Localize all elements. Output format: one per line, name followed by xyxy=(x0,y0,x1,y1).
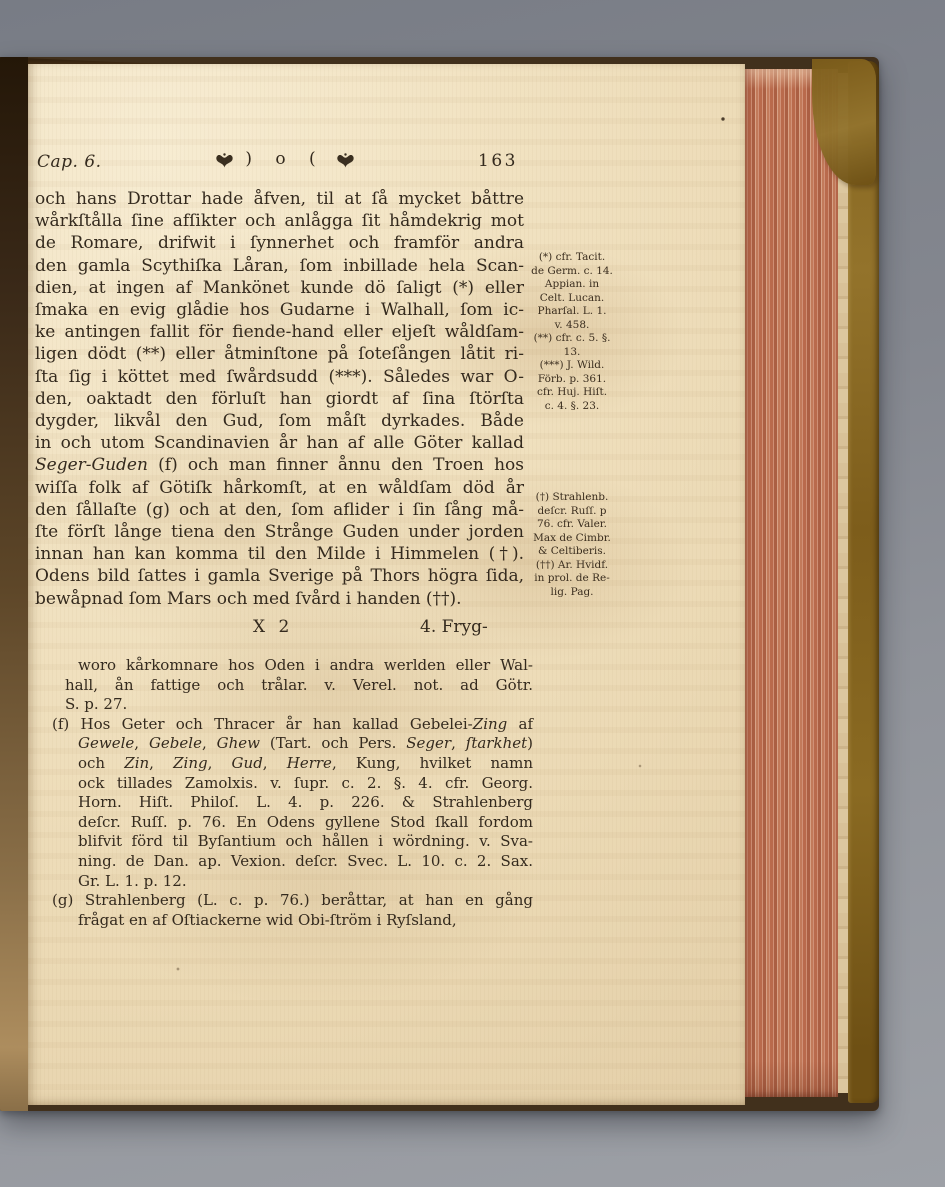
body-text-line: ſta ſig i köttet med ſwårdsudd (***). Så… xyxy=(35,366,524,388)
body-text-line: den gamla Scythiſka Låran, ſom inbillade… xyxy=(35,255,524,277)
body-text-line: den, oaktadt den förluſt han giordt af ſ… xyxy=(35,388,524,410)
footnote-line: frågat en af Oſtiackerne wid Obi-ſtröm i… xyxy=(78,911,533,931)
signature-row: X 2 4. Fryg- xyxy=(35,617,524,643)
body-text-line: ke antingen fallit för fiende-hand eller… xyxy=(35,321,524,343)
fleuron-icon xyxy=(336,153,355,168)
footnote-line: hall, ån fattige och trålar. v. Verel. n… xyxy=(65,676,533,696)
body-text-line: Odens bild ſattes i gamla Sverige på Tho… xyxy=(35,565,524,587)
margin-note-line: (†) Strahlenb. xyxy=(524,491,620,505)
body-text-line: ſte förſt långe tiena den Strånge Guden … xyxy=(35,521,524,543)
footnote-line: (g) Strahlenberg (L. c. p. 76.) beråttar… xyxy=(52,891,533,911)
inner-page-strip xyxy=(838,73,848,1093)
footnote-line: och Zin, Zing, Gud, Herre, Kung, hvilket… xyxy=(78,754,533,774)
book-cover-edge xyxy=(848,61,879,1103)
footnote-line: S. p. 27. xyxy=(65,695,533,715)
margin-note-line: (*) cfr. Tacit. xyxy=(524,251,620,265)
body-text-line: innan han kan komma til den Milde i Himm… xyxy=(35,543,524,565)
footnotes-block: woro kårkomnare hos Oden i andra werlden… xyxy=(52,656,533,930)
body-text-line: wårkſtålla ſine afſikter och anlågga ſit… xyxy=(35,210,524,232)
margin-note-line: v. 458. xyxy=(524,319,620,333)
footnote-line: deſcr. Ruſſ. p. 76. En Odens gyllene Sto… xyxy=(78,813,533,833)
body-text-line: in och utom Scandinavien år han af alle … xyxy=(35,432,524,454)
body-text-line: den ſållaſte (g) och at den, ſom aflider… xyxy=(35,499,524,521)
footnote-line: Gr. L. 1. p. 12. xyxy=(78,872,533,892)
body-text-line: wiſſa folk af Götiſk hårkomſt, at en wål… xyxy=(35,477,524,499)
footnote-line: (f) Hos Geter och Thracer år han kallad … xyxy=(52,715,533,735)
body-text-line: Seger-Guden (f) och man finner ånnu den … xyxy=(35,454,524,476)
body-text-line: bewåpnad ſom Mars och med ſvård i handen… xyxy=(35,588,524,610)
margin-note-line: & Celtiberis. xyxy=(524,545,620,559)
margin-note-line: Pharſal. L. 1. xyxy=(524,305,620,319)
margin-note-line: Max de Cimbr. xyxy=(524,532,620,546)
footnote-line: woro kårkomnare hos Oden i andra werlden… xyxy=(78,656,533,676)
book-page: Cap. 6. ) o ( 16 xyxy=(28,64,745,1105)
margin-note-line: deſcr. Ruſſ. p xyxy=(524,505,620,519)
margin-note-line: (***) J. Wild. xyxy=(524,359,620,373)
main-text-block: och hans Drottar hade åfven, til at ſå m… xyxy=(35,188,524,610)
body-text-line: dien, at ingen af Mankönet kunde dö ſali… xyxy=(35,277,524,299)
margin-note-line: Appian. in xyxy=(524,278,620,292)
margin-note-line: (††) Ar. Hvidf. xyxy=(524,559,620,573)
margin-notes-lower: (†) Strahlenb.deſcr. Ruſſ. p76. cfr. Val… xyxy=(524,491,620,599)
margin-note-line: de Germ. c. 14. xyxy=(524,265,620,279)
margin-notes-upper: (*) cfr. Tacit.de Germ. c. 14.Appian. in… xyxy=(524,251,620,413)
page-header: Cap. 6. ) o ( 16 xyxy=(35,150,524,180)
chapter-label: Cap. 6. xyxy=(37,152,102,172)
footnote-line: Horn. Hiſt. Philoſ. L. 4. p. 226. & Stra… xyxy=(78,793,533,813)
margin-note-line: c. 4. §. 23. xyxy=(524,400,620,414)
footnote-line: blifvit förd til Byſantium och hållen i … xyxy=(78,832,533,852)
margin-note-line: 76. cfr. Valer. xyxy=(524,518,620,532)
body-text-line: och hans Drottar hade åfven, til at ſå m… xyxy=(35,188,524,210)
footnote-line: ning. de Dan. ap. Vexion. deſcr. Svec. L… xyxy=(78,852,533,872)
footnote-line: Gewele, Gebele, Ghew (Tart. och Pers. Se… xyxy=(78,734,533,754)
fleuron-icon xyxy=(215,153,234,168)
margin-note-line: Förb. p. 361. xyxy=(524,373,620,387)
margin-note-line: in prol. de Re- xyxy=(524,572,620,586)
margin-note-line: (**) cfr. c. 5. §. xyxy=(524,332,620,346)
margin-note-line: Celt. Lucan. xyxy=(524,292,620,306)
book-left-edge xyxy=(0,57,28,1111)
body-text-line: ligen dödt (**) eller åtminſtone på ſote… xyxy=(35,343,524,365)
signature-mark: X 2 xyxy=(253,617,293,637)
body-text-line: ſmaka en evig glådie hos Gudarne i Walha… xyxy=(35,299,524,321)
book-fore-edge xyxy=(745,69,838,1097)
body-text-line: dygder, likvål den Gud, ſom måſt dyrkade… xyxy=(35,410,524,432)
page-number: 163 xyxy=(478,151,518,171)
ornament-text: ) o ( xyxy=(245,149,324,169)
book: Cap. 6. ) o ( 16 xyxy=(0,57,879,1111)
margin-note-line: 13. xyxy=(524,346,620,360)
scanned-book-photo: Cap. 6. ) o ( 16 xyxy=(0,0,945,1187)
catchword: 4. Fryg- xyxy=(420,617,488,637)
margin-note-line: cfr. Huj. Hiſt. xyxy=(524,386,620,400)
footnote-line: ock tillades Zamolxis. v. ſupr. c. 2. §.… xyxy=(78,774,533,794)
body-text-line: de Romare, drifwit i ſynnerhet och framf… xyxy=(35,232,524,254)
margin-note-line: lig. Pag. xyxy=(524,586,620,600)
header-ornament: ) o ( xyxy=(185,150,385,170)
